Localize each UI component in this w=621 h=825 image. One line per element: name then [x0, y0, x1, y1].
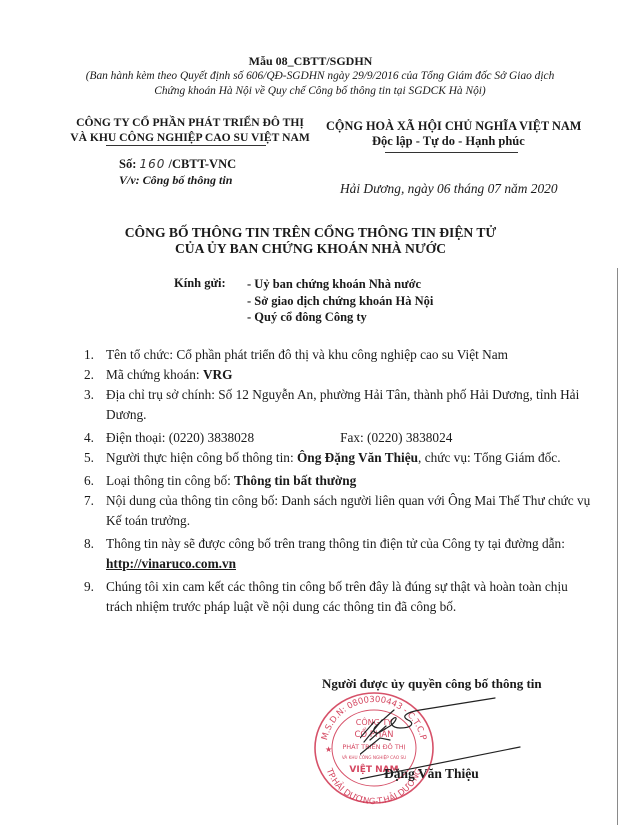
- company-name-line-2: VÀ KHU CÔNG NGHIỆP CAO SU VIỆT NAM: [60, 131, 320, 146]
- item-text: Tên tổ chức: Cổ phần phát triển đô thị v…: [106, 345, 594, 365]
- ref-prefix: Số:: [119, 157, 140, 171]
- item-text: Địa chỉ trụ sở chính: Số 12 Nguyễn An, p…: [106, 385, 594, 425]
- form-code: Mẫu 08_CBTT/SGDHN: [0, 54, 621, 69]
- nation-motto: Độc lập - Tự do - Hạnh phúc: [372, 134, 525, 149]
- item-commitment: 9. Chúng tôi xin cam kết các thông tin c…: [84, 577, 594, 617]
- item-text: Điện thoại: (0220) 3838028Fax: (0220) 38…: [106, 428, 594, 448]
- disclosure-items: 1. Tên tổ chức: Cổ phần phát triển đô th…: [84, 345, 594, 617]
- stock-code: VRG: [203, 367, 233, 382]
- item-text: Người thực hiện công bố thông tin: Ông Đ…: [106, 448, 594, 468]
- motto-underline: [385, 152, 518, 153]
- item-discloser: 5. Người thực hiện công bố thông tin: Ôn…: [84, 448, 594, 468]
- ref-suffix: /CBTT-VNC: [165, 157, 236, 171]
- document-title-line-2: CỦA ỦY BAN CHỨNG KHOÁN NHÀ NƯỚC: [0, 241, 621, 257]
- item-number: 5.: [84, 448, 106, 468]
- item-label: Mã chứng khoán:: [106, 367, 203, 382]
- item-organization: 1. Tên tổ chức: Cổ phần phát triển đô th…: [84, 345, 594, 365]
- addressee-item: - Uỷ ban chứng khoán Nhà nước: [247, 276, 433, 293]
- company-name: CÔNG TY CỔ PHẦN PHÁT TRIỂN ĐÔ THỊ VÀ KHU…: [60, 116, 320, 145]
- ref-handwritten-number: 160: [140, 157, 166, 171]
- item-text: Nội dung của thông tin công bố: Danh sác…: [106, 491, 594, 531]
- item-number: 3.: [84, 385, 106, 425]
- document-title-line-1: CÔNG BỐ THÔNG TIN TRÊN CỔNG THÔNG TIN ĐI…: [0, 225, 621, 241]
- item-label: Loại thông tin công bố:: [106, 473, 234, 488]
- subject-line: V/v: Công bố thông tin: [119, 173, 232, 188]
- issuance-note: (Ban hành kèm theo Quyết định số 606/QĐ-…: [40, 69, 600, 98]
- item-text: Mã chứng khoán: VRG: [106, 365, 594, 385]
- document-title: CÔNG BỐ THÔNG TIN TRÊN CỔNG THÔNG TIN ĐI…: [0, 225, 621, 257]
- discloser-name: Ông Đặng Văn Thiệu: [297, 450, 418, 465]
- item-website: 8. Thông tin này sẽ được công bố trên tr…: [84, 534, 594, 574]
- reference-number: Số: 160 /CBTT-VNC: [119, 157, 236, 172]
- item-stock-code: 2. Mã chứng khoán: VRG: [84, 365, 594, 385]
- nation-title: CỘNG HOÀ XÃ HỘI CHỦ NGHĨA VIỆT NAM: [326, 119, 621, 134]
- issuance-line-1: (Ban hành kèm theo Quyết định số 606/QĐ-…: [40, 69, 600, 84]
- website-link[interactable]: http://vinaruco.com.vn: [106, 556, 236, 571]
- item-number: 2.: [84, 365, 106, 385]
- item-contact: 4. Điện thoại: (0220) 3838028Fax: (0220)…: [84, 428, 594, 448]
- item-content: 7. Nội dung của thông tin công bố: Danh …: [84, 491, 594, 531]
- issuance-line-2: Chứng khoán Hà Nội về Quy chế Công bố th…: [40, 84, 600, 99]
- addressee-list: - Uỷ ban chứng khoán Nhà nước - Sở giao …: [247, 276, 433, 326]
- handwritten-signature-icon: [360, 690, 620, 800]
- phone-number: Điện thoại: (0220) 3838028: [106, 430, 254, 445]
- item-number: 4.: [84, 428, 106, 448]
- addressee-label: Kính gửi:: [174, 276, 226, 291]
- item-address: 3. Địa chỉ trụ sở chính: Số 12 Nguyễn An…: [84, 385, 594, 425]
- company-name-line-1: CÔNG TY CỔ PHẦN PHÁT TRIỂN ĐÔ THỊ: [60, 116, 320, 131]
- item-text: Loại thông tin công bố: Thông tin bất th…: [106, 471, 594, 491]
- addressee-item: - Sở giao dịch chứng khoán Hà Nội: [247, 293, 433, 310]
- item-number: 9.: [84, 577, 106, 617]
- item-text: Chúng tôi xin cam kết các thông tin công…: [106, 577, 594, 617]
- company-underline: [106, 145, 266, 146]
- discloser-position: , chức vụ: Tổng Giám đốc.: [418, 450, 561, 465]
- svg-text:★: ★: [325, 745, 332, 754]
- fax-number: Fax: (0220) 3838024: [340, 428, 452, 448]
- item-label: Thông tin này sẽ được công bố trên trang…: [106, 536, 565, 551]
- item-text: Thông tin này sẽ được công bố trên trang…: [106, 534, 594, 574]
- item-number: 8.: [84, 534, 106, 574]
- item-info-type: 6. Loại thông tin công bố: Thông tin bất…: [84, 471, 594, 491]
- item-number: 6.: [84, 471, 106, 491]
- item-number: 7.: [84, 491, 106, 531]
- place-date: Hải Dương, ngày 06 tháng 07 năm 2020: [340, 181, 558, 197]
- item-number: 1.: [84, 345, 106, 365]
- info-type: Thông tin bất thường: [234, 473, 356, 488]
- item-label: Người thực hiện công bố thông tin:: [106, 450, 297, 465]
- addressee-item: - Quý cổ đông Công ty: [247, 309, 433, 326]
